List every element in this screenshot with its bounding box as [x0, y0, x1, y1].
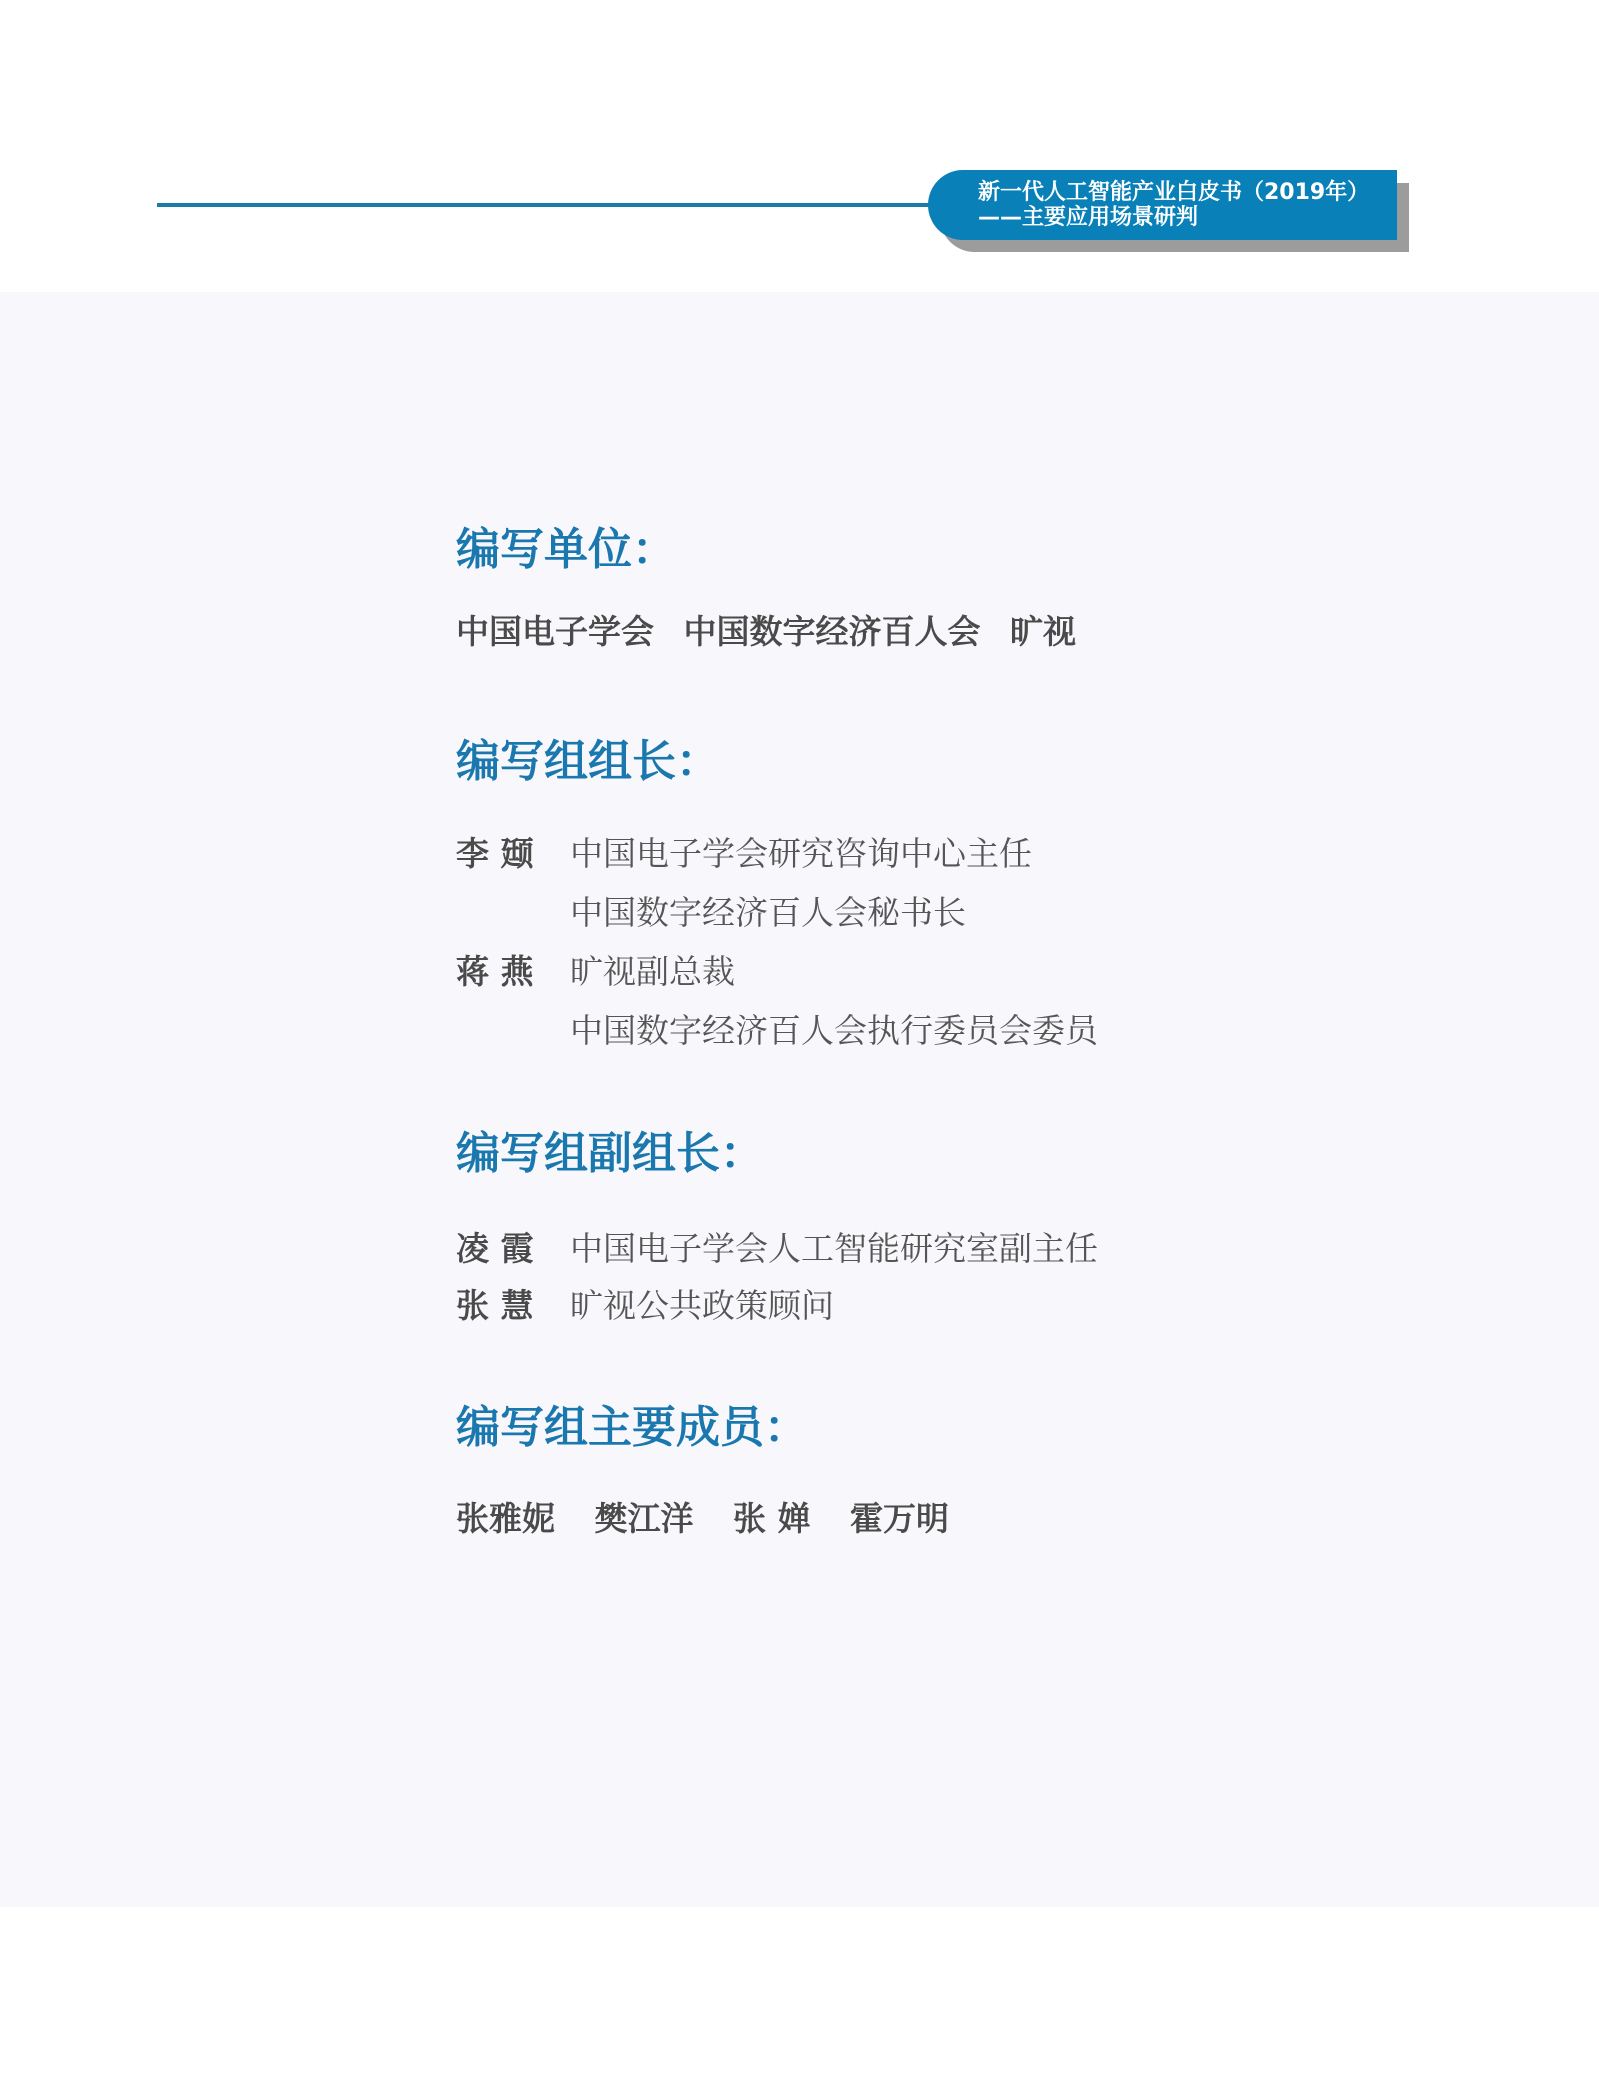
leaders-heading: 编写组组长：: [456, 738, 720, 786]
person-title: 中国电子学会研究咨询中心主任: [570, 834, 1032, 874]
member-name: 张雅妮: [456, 1499, 555, 1538]
person-title: 中国数字经济百人会执行委员会委员: [570, 1011, 1098, 1051]
header-banner: 新一代人工智能产业白皮书（2019年） ——主要应用场景研判: [928, 170, 1397, 240]
units-heading: 编写单位：: [456, 526, 676, 574]
member-name: 樊江洋: [595, 1499, 694, 1538]
person-title: 旷视公共政策顾问: [570, 1286, 834, 1326]
person-name: 蒋 燕: [456, 952, 566, 992]
person-title: 中国数字经济百人会秘书长: [570, 893, 966, 933]
content-panel-background: [0, 292, 1599, 1907]
members-heading: 编写组主要成员：: [456, 1404, 808, 1452]
deputies-heading: 编写组副组长：: [456, 1130, 764, 1178]
unit-item: 中国电子学会: [456, 612, 654, 651]
person-name: 凌 霞: [456, 1229, 566, 1269]
unit-item: 中国数字经济百人会: [684, 612, 981, 651]
member-name: 张 婵: [733, 1499, 811, 1538]
banner-subtitle: ——主要应用场景研判: [978, 205, 1397, 230]
person-name: 李 颋: [456, 834, 566, 874]
person-title: 旷视副总裁: [570, 952, 735, 992]
members-list: 张雅妮 樊江洋 张 婵 霍万明: [456, 1499, 977, 1539]
header-rule: [157, 203, 932, 207]
person-name: 张 慧: [456, 1286, 566, 1326]
unit-item: 旷视: [1010, 612, 1076, 651]
banner-title: 新一代人工智能产业白皮书（2019年）: [978, 180, 1397, 205]
person-title: 中国电子学会人工智能研究室副主任: [570, 1229, 1098, 1269]
member-name: 霍万明: [850, 1499, 949, 1538]
units-list: 中国电子学会 中国数字经济百人会 旷视: [456, 612, 1094, 652]
